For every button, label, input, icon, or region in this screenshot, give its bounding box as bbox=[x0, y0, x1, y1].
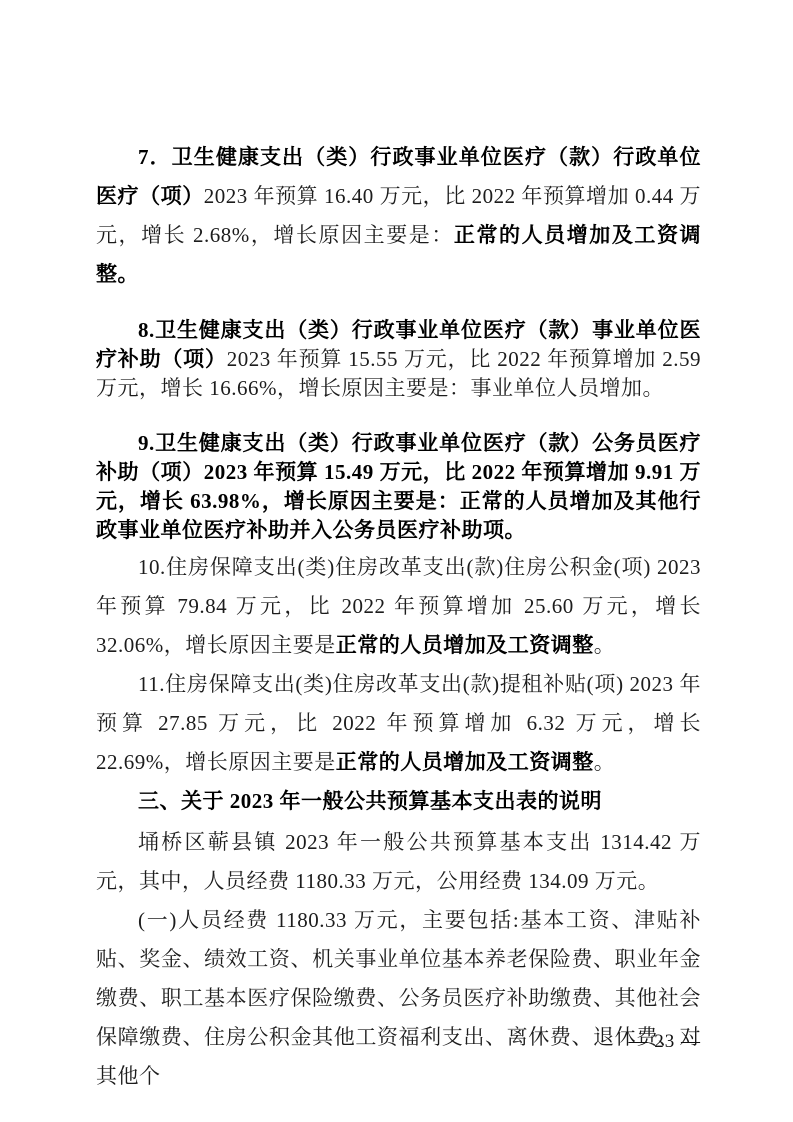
text-segment: 。 bbox=[594, 633, 616, 657]
text-segment: (一)人员经费 1180.33 万元，主要包括:基本工资、津贴补贴、奖金、绩效工… bbox=[96, 908, 701, 1088]
para-11-rent-subsidy: 11.住房保障支出(类)住房改革支出(款)提租补贴(项) 2023 年预算 27… bbox=[96, 665, 701, 782]
para-8-health-institution-medical: 8.卫生健康支出（类）行政事业单位医疗（款）事业单位医疗补助（项）2023 年预… bbox=[96, 316, 701, 403]
para-10-housing-fund: 10.住房保障支出(类)住房改革支出(款)住房公积金(项) 2023 年预算 7… bbox=[96, 548, 701, 665]
text-segment: 。 bbox=[594, 750, 616, 774]
page-number: — 23 — bbox=[629, 1031, 702, 1053]
para-9-civil-servant-medical: 9.卫生健康支出（类）行政事业单位医疗（款）公务员医疗补助（项）2023 年预算… bbox=[96, 429, 701, 545]
para-7-health-admin-medical: 7．卫生健康支出（类）行政事业单位医疗（款）行政单位医疗（项）2023 年预算 … bbox=[96, 138, 701, 294]
bold-text-segment: 正常的人员增加及工资调整 bbox=[336, 750, 594, 774]
para-12-basic-expenditure-total: 埇桥区蕲县镇 2023 年一般公共预算基本支出 1314.42 万元，其中，人员… bbox=[96, 823, 701, 901]
heading-section-3: 三、关于 2023 年一般公共预算基本支出表的说明 bbox=[96, 782, 701, 821]
bold-text-segment: 三、关于 2023 年一般公共预算基本支出表的说明 bbox=[138, 789, 602, 813]
para-13-personnel-expenses: (一)人员经费 1180.33 万元，主要包括:基本工资、津贴补贴、奖金、绩效工… bbox=[96, 901, 701, 1096]
text-segment: 埇桥区蕲县镇 2023 年一般公共预算基本支出 1314.42 万元，其中，人员… bbox=[96, 830, 701, 893]
document-body: 7．卫生健康支出（类）行政事业单位医疗（款）行政单位医疗（项）2023 年预算 … bbox=[96, 138, 701, 1096]
bold-text-segment: 9.卫生健康支出（类）行政事业单位医疗（款）公务员医疗补助（项）2023 年预算… bbox=[96, 431, 701, 542]
bold-text-segment: 正常的人员增加及工资调整 bbox=[336, 633, 594, 657]
document-page: 7．卫生健康支出（类）行政事业单位医疗（款）行政单位医疗（项）2023 年预算 … bbox=[0, 0, 793, 1122]
